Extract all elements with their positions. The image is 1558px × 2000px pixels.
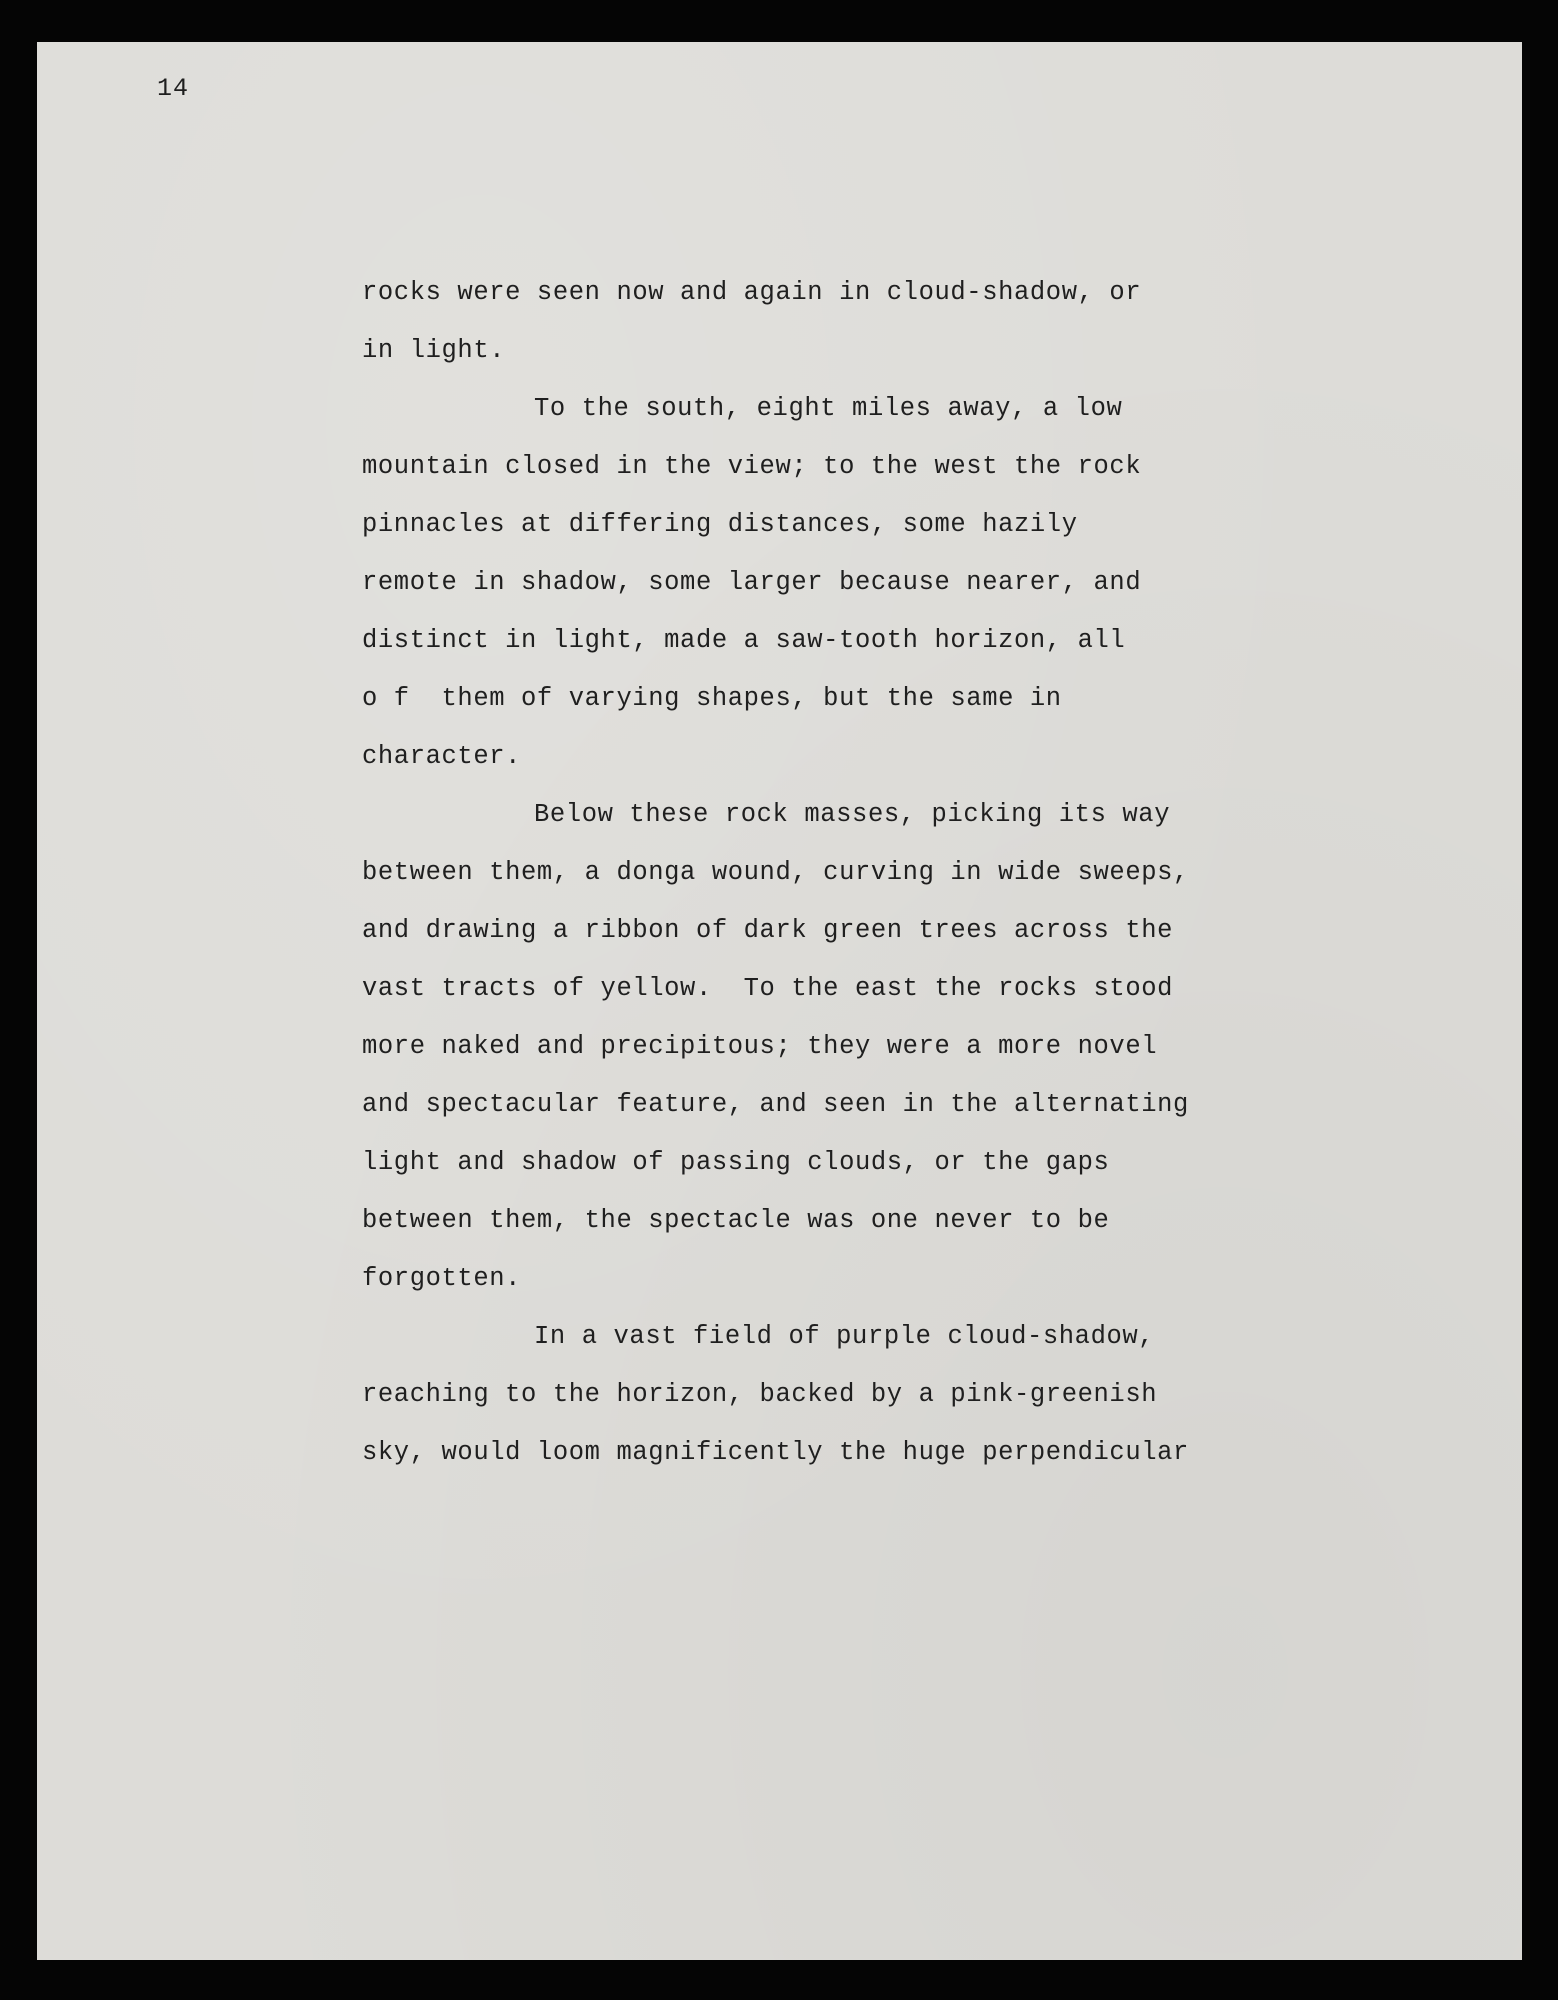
text-line: and spectacular feature, and seen in the… — [362, 1076, 1322, 1134]
text-line: in light. — [362, 322, 1322, 380]
text-line-paragraph-start: Below these rock masses, picking its way — [362, 786, 1322, 844]
body-text: rocks were seen now and again in cloud-s… — [362, 264, 1322, 1482]
text-line: distinct in light, made a saw-tooth hori… — [362, 612, 1322, 670]
text-line: and drawing a ribbon of dark green trees… — [362, 902, 1322, 960]
text-line: rocks were seen now and again in cloud-s… — [362, 264, 1322, 322]
text-line-paragraph-start: In a vast field of purple cloud-shadow, — [362, 1308, 1322, 1366]
text-line: reaching to the horizon, backed by a pin… — [362, 1366, 1322, 1424]
text-line: remote in shadow, some larger because ne… — [362, 554, 1322, 612]
text-line: character. — [362, 728, 1322, 786]
text-line: more naked and precipitous; they were a … — [362, 1018, 1322, 1076]
text-line: pinnacles at differing distances, some h… — [362, 496, 1322, 554]
text-line: mountain closed in the view; to the west… — [362, 438, 1322, 496]
text-line: light and shadow of passing clouds, or t… — [362, 1134, 1322, 1192]
text-line: sky, would loom magnificently the huge p… — [362, 1424, 1322, 1482]
text-line: between them, the spectacle was one neve… — [362, 1192, 1322, 1250]
text-line: vast tracts of yellow. To the east the r… — [362, 960, 1322, 1018]
page-number: 14 — [157, 74, 189, 103]
text-line-paragraph-start: To the south, eight miles away, a low — [362, 380, 1322, 438]
text-line: forgotten. — [362, 1250, 1322, 1308]
text-line: o f them of varying shapes, but the same… — [362, 670, 1322, 728]
typescript-page: 14 rocks were seen now and again in clou… — [37, 42, 1522, 1960]
text-line: between them, a donga wound, curving in … — [362, 844, 1322, 902]
